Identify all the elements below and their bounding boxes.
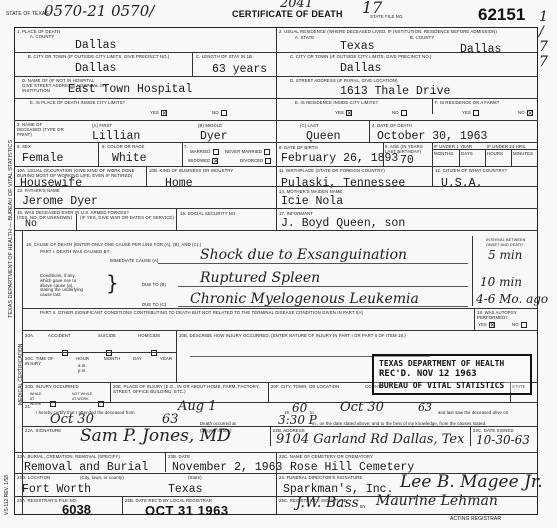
- sex: Female: [22, 153, 63, 165]
- divider: [270, 426, 271, 446]
- marital-never-married[interactable]: Never Married: [225, 149, 270, 155]
- res-inside-city-no[interactable]: NO: [392, 110, 407, 116]
- divider: [472, 236, 473, 306]
- cemetery-label: 23c. NAME OF CEMETERY OR CREMATORY: [279, 454, 373, 459]
- citizen: U.S.A.: [441, 178, 482, 190]
- res-farm-yes[interactable]: YES: [462, 110, 479, 116]
- divider: [470, 426, 471, 446]
- industry: Home: [165, 178, 193, 190]
- injury-describe-label: 20b. DESCRIBE HOW INJURY OCCURRED. (Ente…: [179, 333, 406, 338]
- funeral-director-signature: Lee B. Magee Jr.: [400, 473, 543, 491]
- not-while-at-work-label: NOT WHILE AT WORK: [72, 392, 94, 402]
- divider: [383, 142, 384, 166]
- immediate-interval: 5 min: [488, 248, 522, 263]
- divider: [432, 166, 433, 186]
- race: White: [112, 153, 147, 165]
- divider: [165, 452, 166, 472]
- divider: [158, 263, 468, 264]
- funeral-director-label: 24. FUNERAL DIRECTOR'S SIGNATURE: [279, 475, 362, 480]
- pod-city-label: b. CITY OR TOWN (If outside city limits,…: [28, 54, 169, 59]
- last-seen-date: Oct 30: [50, 412, 94, 427]
- age-days-label: Days: [461, 151, 473, 156]
- divider: [182, 142, 183, 166]
- divider: [432, 98, 433, 114]
- res-farm-no[interactable]: NO✕: [518, 110, 533, 116]
- divider: [176, 330, 177, 382]
- race-label: 6. COLOR OR RACE: [102, 144, 144, 149]
- bracket: }: [106, 272, 119, 294]
- age-hours-label: Hours: [487, 151, 503, 156]
- divider: [369, 120, 370, 142]
- injury-hour-label: Hour: [76, 356, 89, 361]
- injury-place-label: 20e. PLACE OF INJURY (e.g., in or about …: [113, 384, 268, 394]
- divider: [276, 27, 277, 143]
- pod-stay: 63 years: [212, 64, 267, 76]
- divider: [22, 308, 538, 309]
- due-to-c: Chronic Myelogenous Leukemia: [190, 292, 419, 307]
- autopsy-label: 19. WAS AUTOPSY PERFORMED?: [477, 310, 532, 320]
- due-to-b-label: DUE TO (b): [142, 282, 166, 287]
- divider: [14, 120, 538, 121]
- divider: [268, 382, 269, 402]
- immediate-cause-label: IMMEDIATE CAUSE (a): [110, 258, 158, 263]
- interval-label: INTERVAL BETWEEN ONSET AND DEATH: [486, 238, 526, 248]
- acting-registrar-label: ACTING REGISTRAR: [450, 517, 501, 522]
- res-inside-city-label: e. IS RESIDENCE INSIDE CITY LIMITS?: [295, 100, 378, 105]
- pod-stay-label: c. LENGTH OF STAY IN 1b: [196, 54, 271, 59]
- divider: [276, 452, 277, 514]
- burial-label: 23a. BURIAL, CREMATION, REMOVAL (Specify…: [17, 454, 120, 459]
- divider: [178, 306, 468, 307]
- injury-suicide[interactable]: SUICIDE: [98, 333, 116, 338]
- divider: [276, 208, 277, 230]
- injury-year-label: Year: [160, 356, 172, 361]
- pod-inside-city-no[interactable]: NO: [212, 110, 227, 116]
- name-label: 3. NAME OF DECEASED (Type or print): [17, 122, 67, 137]
- divider: [178, 286, 468, 287]
- acting-registrar-signature: Maurine Lehman: [376, 494, 498, 509]
- marital-label: 7.: [184, 144, 188, 149]
- citizen-label: 12. CITIZEN OF WHAT COUNTRY?: [435, 168, 507, 173]
- divider: [176, 208, 177, 230]
- registrar-signature: J.W. Bass: [296, 496, 359, 511]
- injury-day-label: Day: [133, 356, 142, 361]
- signature-label: 22a. SIGNATURE: [25, 428, 61, 433]
- date-of-death-label: 4. DATE OF DEATH: [372, 123, 412, 128]
- divider: [22, 402, 538, 403]
- date-of-birth: February 26, 1893: [281, 153, 398, 165]
- pod-county-label: a. COUNTY: [30, 34, 54, 39]
- marital-widowed[interactable]: Widowed✕: [188, 158, 218, 164]
- autopsy-no[interactable]: NO: [512, 322, 527, 328]
- marital-divorced[interactable]: Divorced: [240, 158, 271, 164]
- pod-hospital: East Town Hospital: [68, 84, 192, 96]
- handwritten-codes: 0570-21 0570/: [44, 4, 154, 19]
- location-label: 23d. LOCATION: [17, 475, 50, 480]
- am-pm-label: a.m. p.m.: [78, 363, 88, 373]
- divider: [22, 330, 538, 331]
- certificate-number: 62151: [478, 5, 525, 25]
- date-signed: 10-30-63: [476, 433, 530, 448]
- location-state: Texas: [168, 484, 203, 496]
- due-to-c-interval: 4-6 Mo. ago: [476, 292, 548, 307]
- marital-married[interactable]: Married: [190, 149, 219, 155]
- age-minutes-label: Minutes: [513, 151, 533, 156]
- part1-label: PART I. DEATH WAS CAUSED BY:: [40, 249, 111, 254]
- divider: [146, 166, 147, 186]
- injury-homicide[interactable]: HOMICIDE: [138, 333, 160, 338]
- informant-label: 17. INFORMANT: [279, 211, 313, 216]
- res-state-label: a. STATE: [295, 35, 314, 40]
- armed-forces-sub2: (If yes, give war or dates of service): [80, 215, 174, 220]
- injury-type-label: 20a.: [25, 333, 34, 338]
- to-year: 63: [418, 400, 432, 415]
- attended-from: Aug 1: [178, 399, 217, 414]
- stamp-received-date: REC'D. NOV 12 1963: [379, 369, 525, 380]
- stamp-line1: TEXAS DEPARTMENT OF HEALTH: [379, 358, 525, 369]
- location-city: Fort Worth: [22, 484, 91, 496]
- age-months-label: Months: [434, 151, 453, 156]
- res-county-label: b. COUNTY: [410, 35, 434, 40]
- divider: [22, 352, 176, 353]
- divider: [122, 496, 123, 514]
- divider: [474, 308, 475, 330]
- res-city: Dallas: [340, 63, 381, 75]
- physician-signature: Sam P. Jones, MD: [80, 427, 231, 445]
- by-label: BY: [360, 504, 366, 509]
- injury-time-label: 20c. TIME OF INJURY: [25, 356, 63, 366]
- divider: [14, 166, 538, 167]
- res-street-label: d. STREET ADDRESS (If rural, give locati…: [290, 78, 398, 83]
- divider: [276, 142, 277, 208]
- mother-label: 14. MOTHER'S MAIDEN NAME: [279, 189, 342, 194]
- divider: [485, 149, 486, 166]
- state-label: STATE OF TEXAS: [6, 12, 49, 17]
- divider: [276, 52, 538, 53]
- certification-text2: and last saw the deceased alive on: [438, 410, 508, 415]
- first-name-label: (a) First: [92, 123, 112, 128]
- location-city-label: (City, town, or county): [80, 475, 124, 480]
- pod-city: Dallas: [75, 63, 116, 75]
- res-inside-city-yes[interactable]: YES✕: [335, 110, 352, 116]
- middle-name-label: (b) Middle: [198, 123, 222, 128]
- physician-address: 9104 Garland Rd Dallas, Tex: [276, 432, 464, 447]
- stamp-line3: BUREAU OF VITAL STATISTICS: [379, 380, 525, 391]
- state-file-label: STATE FILE NO.: [370, 14, 404, 19]
- injury-occurred-label: 20d. INJURY OCCURRED: [25, 384, 79, 389]
- form-code: VS-112 REV. 1/58: [4, 475, 10, 515]
- father-label: 13. FATHER'S NAME: [17, 188, 60, 193]
- cause-of-death-label: 18. CAUSE OF DEATH (Enter only one cause…: [26, 242, 201, 247]
- last-seen-year: 63: [162, 412, 179, 427]
- divider: [14, 186, 538, 187]
- injury-month-label: Month: [104, 356, 120, 361]
- divider: [110, 382, 111, 402]
- date-received: OCT 31 1963: [145, 503, 229, 518]
- divider: [459, 149, 460, 166]
- last-name-label: (c) Last: [300, 123, 319, 128]
- dob-label: 8. DATE OF BIRTH: [279, 145, 318, 150]
- birthplace-label: 11. BIRTHPLACE (State or foreign country…: [279, 168, 385, 173]
- certification-item-label: 21.: [25, 404, 31, 409]
- mother-maiden-name: Icie Nola: [281, 196, 343, 208]
- while-at-work-label: WHILE AT WORK: [30, 392, 46, 407]
- part2-label: PART II. OTHER SIGNIFICANT CONDITIONS CO…: [40, 310, 363, 315]
- divider: [14, 76, 276, 77]
- divider: [276, 76, 538, 77]
- injury-accident[interactable]: ACCIDENT: [48, 333, 71, 338]
- res-city-label: c. CITY OR TOWN (If outside city limits,…: [290, 54, 432, 59]
- father-name: Jerome Dyer: [22, 196, 98, 208]
- due-to-b-interval: 10 min: [480, 275, 522, 290]
- pod-inside-city-yes[interactable]: YES✕: [150, 110, 167, 116]
- divider: [432, 142, 433, 166]
- autopsy-yes[interactable]: YES✕: [478, 322, 495, 328]
- attended-to: Oct 30: [340, 400, 384, 415]
- divider: [76, 214, 77, 230]
- residence-label: 2. USUAL RESIDENCE (Where deceased lived…: [279, 29, 497, 34]
- due-to-c-label: DUE TO (c): [142, 302, 166, 307]
- ssn-label: 16. SOCIAL SECURITY NO.: [180, 211, 237, 216]
- pod-inside-city-label: e. IS PLACE OF DEATH INSIDE CITY LIMITS?: [30, 100, 125, 105]
- sex-label: 5. SEX: [17, 144, 31, 149]
- informant: J. Boyd Queen, son: [281, 218, 405, 230]
- location-state-label: (State): [188, 475, 202, 480]
- age-label: 9. AGE (In years last birthday): [385, 144, 430, 154]
- burial-date-label: 23b. DATE: [168, 454, 190, 459]
- divider: [14, 230, 538, 231]
- res-street: 1613 Thale Drive: [340, 86, 450, 98]
- injury-city-label: 20f. CITY, TOWN, OR LOCATION: [271, 384, 339, 389]
- margin-marks: 1/77: [539, 10, 548, 70]
- divider: [98, 142, 99, 166]
- pod-county: Dallas: [75, 40, 116, 52]
- divider: [192, 52, 193, 76]
- divider: [511, 149, 512, 166]
- due-to-b: Ruptured Spleen: [200, 271, 320, 286]
- registrar-file-number: 6038: [62, 502, 91, 517]
- res-farm-label: f. IS RESIDENCE ON A FARM?: [435, 100, 499, 105]
- state-file-handwritten: 17: [362, 0, 382, 15]
- divider: [14, 98, 538, 99]
- conditions-note: Conditions, if any, which gave rise to a…: [40, 274, 88, 298]
- divider: [14, 52, 276, 53]
- death-certificate: STATE OF TEXAS 0570-21 0570/ CERTIFICATE…: [0, 0, 557, 528]
- res-county: Dallas: [460, 44, 501, 56]
- industry-label: 10b. KIND OF BUSINESS OR INDUSTRY: [149, 168, 233, 173]
- top-handwritten-number: 2041: [280, 0, 313, 11]
- received-stamp: TEXAS DEPARTMENT OF HEALTH REC'D. NOV 12…: [372, 354, 532, 395]
- immediate-cause: Shock due to Exsanguination: [200, 248, 407, 263]
